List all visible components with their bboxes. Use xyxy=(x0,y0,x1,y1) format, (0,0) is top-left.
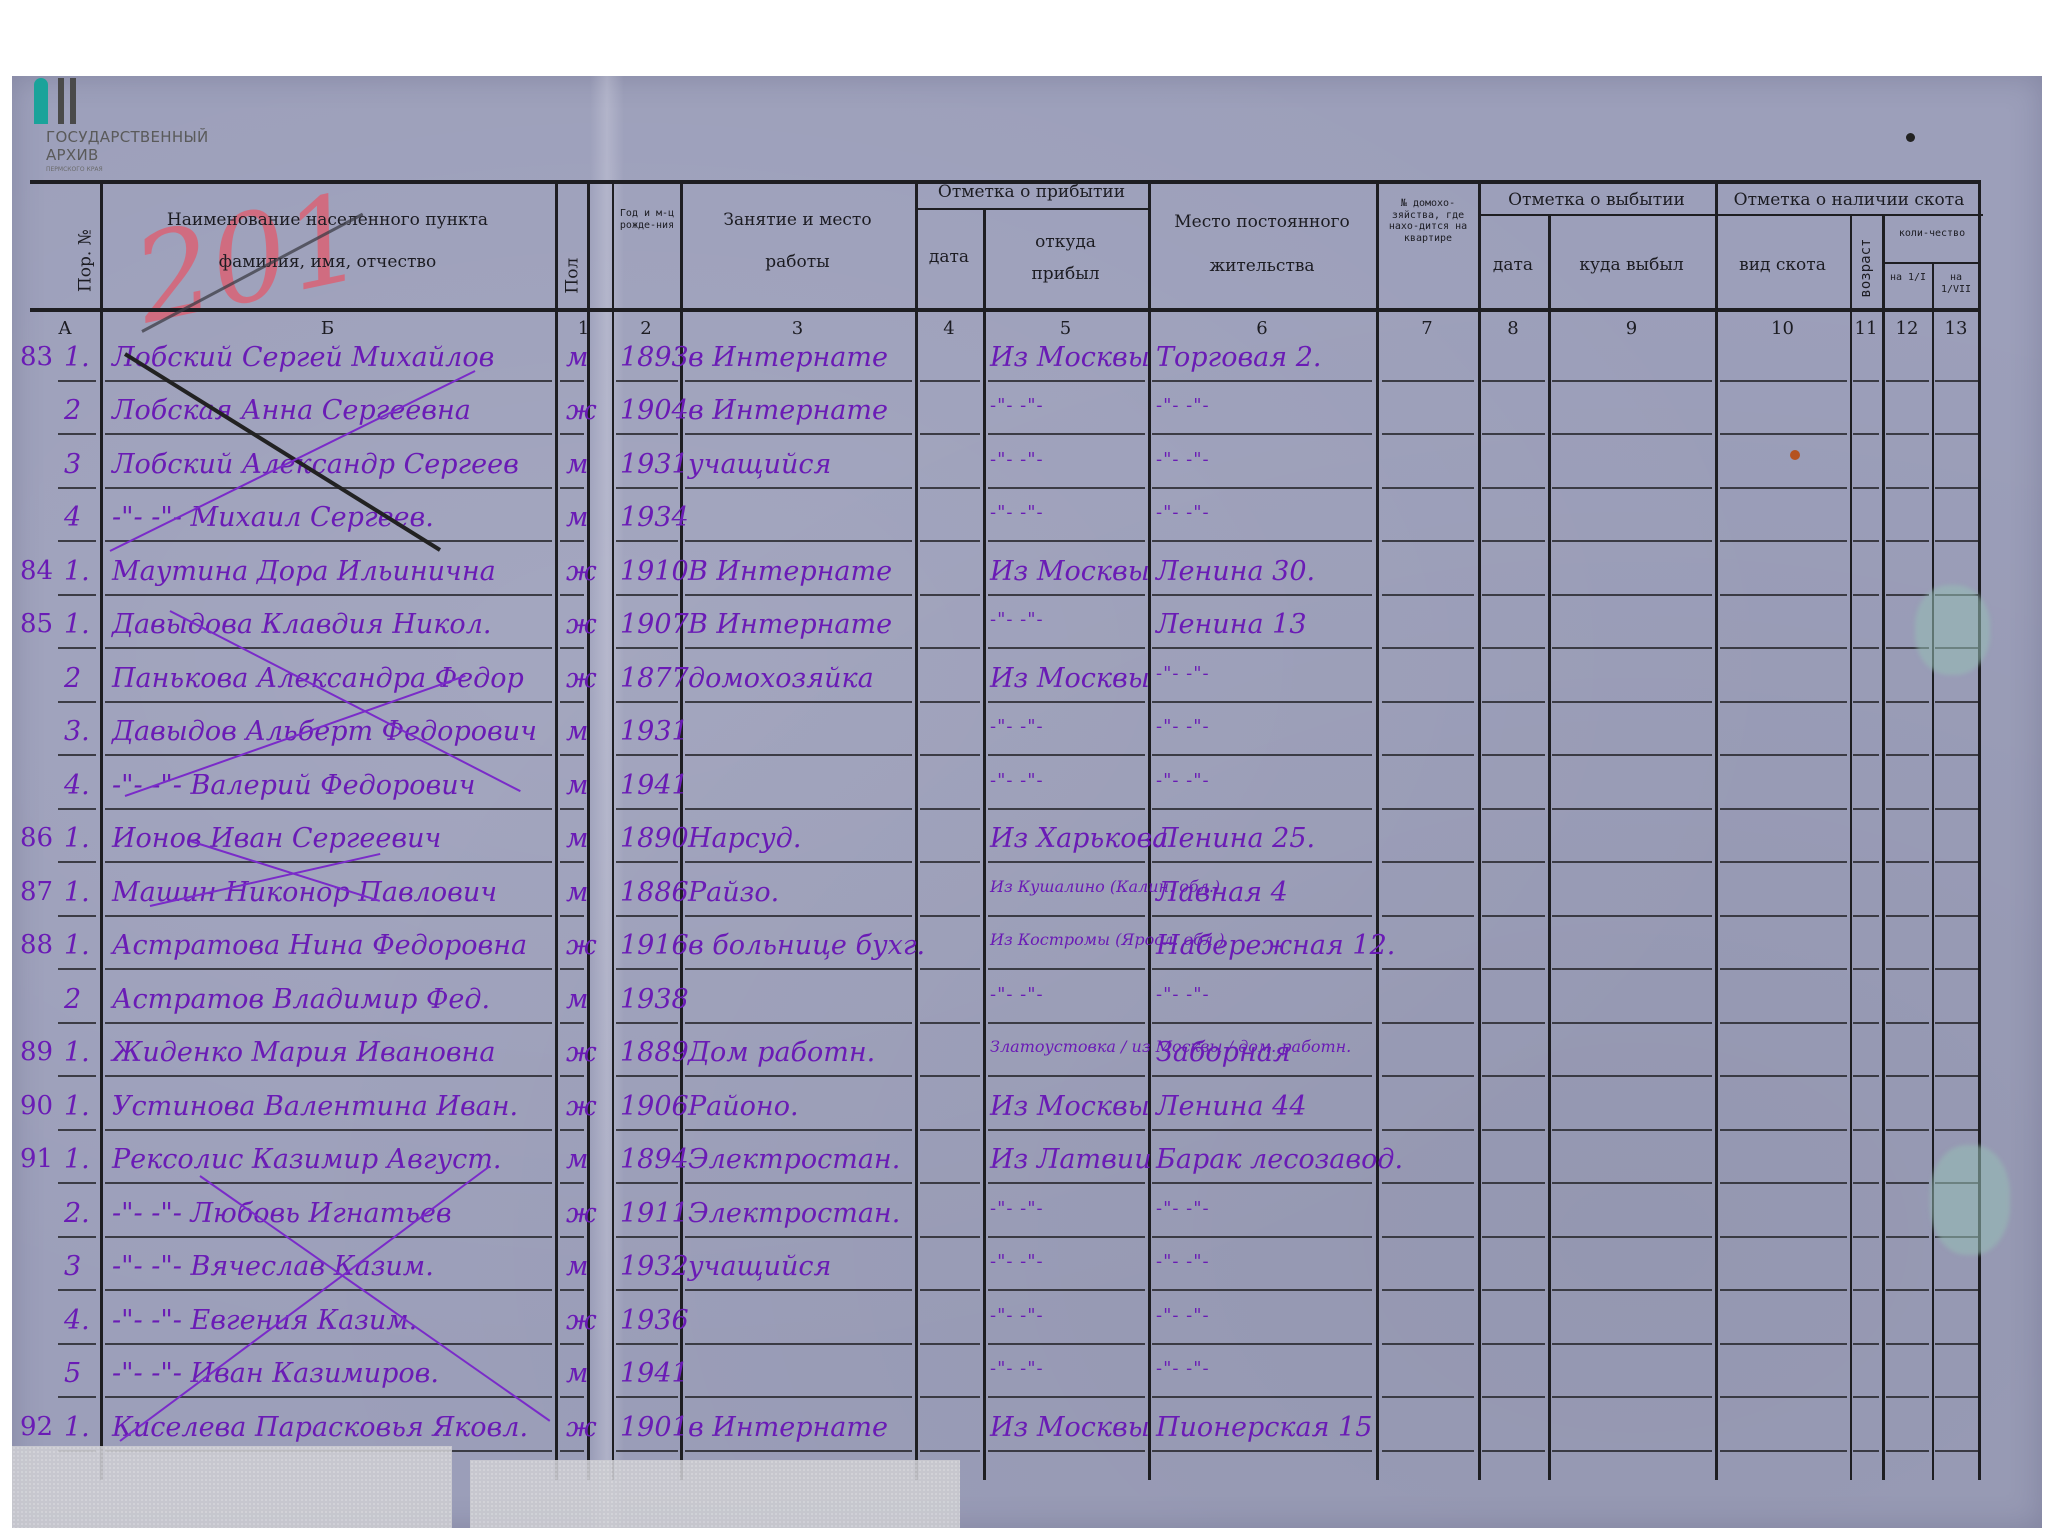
birth-year: 1894 xyxy=(620,1146,689,1173)
row-rule xyxy=(1152,1343,1372,1345)
row-rule xyxy=(1886,701,1929,703)
row-rule xyxy=(1720,808,1847,810)
sex: м xyxy=(566,504,588,531)
row-rule xyxy=(685,1236,912,1238)
row-rule xyxy=(616,1182,678,1184)
row-rule xyxy=(616,1075,678,1077)
row-rule xyxy=(920,1129,980,1131)
row-rule xyxy=(58,701,96,703)
residence: -"- -"- xyxy=(1156,397,1210,415)
row-rule xyxy=(988,701,1145,703)
row-rule xyxy=(1552,1236,1712,1238)
row-rule xyxy=(1152,540,1372,542)
header-col-b-line1: Наименование населенного пункта xyxy=(100,210,555,231)
row-rule xyxy=(1720,1022,1847,1024)
entry-number: 2 xyxy=(64,397,81,424)
row-rule xyxy=(560,487,584,489)
column-divider xyxy=(555,180,558,1480)
row-rule xyxy=(988,1182,1145,1184)
row-rule xyxy=(560,1396,584,1398)
row-rule xyxy=(1720,1450,1847,1452)
row-rule xyxy=(1152,380,1372,382)
row-rule xyxy=(58,1022,96,1024)
row-rule xyxy=(685,487,912,489)
row-rule xyxy=(1382,861,1474,863)
household-number: 86 xyxy=(20,825,53,851)
header-col-4: дата xyxy=(915,247,983,268)
row-rule xyxy=(685,861,912,863)
arrived-from: -"- -"- xyxy=(990,1253,1044,1271)
occupation: Электростан. xyxy=(688,1200,900,1227)
entry-number: 3 xyxy=(64,1253,81,1280)
row-rule xyxy=(1482,701,1545,703)
occupation: Районо. xyxy=(688,1093,799,1120)
row-rule xyxy=(1935,1396,1978,1398)
row-rule xyxy=(1853,1236,1879,1238)
row-rule xyxy=(1720,968,1847,970)
person-name: Давыдова Клавдия Никол. xyxy=(112,611,491,638)
row-rule xyxy=(1552,1075,1712,1077)
row-rule xyxy=(1382,1182,1474,1184)
row-rule xyxy=(560,808,584,810)
row-rule xyxy=(988,594,1145,596)
row-rule xyxy=(1382,1289,1474,1291)
row-rule xyxy=(1482,540,1545,542)
household-number: 84 xyxy=(20,558,53,584)
residence: Пионерская 15 xyxy=(1156,1414,1372,1441)
arrived-from: Из Москвы xyxy=(990,558,1150,585)
row-rule xyxy=(1720,594,1847,596)
row-rule xyxy=(1482,808,1545,810)
row-rule xyxy=(1482,380,1545,382)
row-rule xyxy=(58,754,96,756)
row-rule xyxy=(1552,915,1712,917)
row-rule xyxy=(920,647,980,649)
household-number: 87 xyxy=(20,879,53,905)
row-rule xyxy=(616,487,678,489)
sex: м xyxy=(566,451,588,478)
row-rule xyxy=(105,433,552,435)
row-rule xyxy=(1382,701,1474,703)
header-col-13: на 1/VII xyxy=(1934,272,1978,295)
entry-number: 4. xyxy=(64,772,90,799)
row-rule xyxy=(920,594,980,596)
row-rule xyxy=(1886,1182,1929,1184)
row-rule xyxy=(1552,968,1712,970)
row-rule xyxy=(1935,1075,1978,1077)
household-number: 85 xyxy=(20,611,53,637)
birth-year: 1877 xyxy=(620,665,689,692)
header-count-group: коли-чество xyxy=(1884,228,1980,240)
row-rule xyxy=(105,968,552,970)
row-rule xyxy=(920,968,980,970)
row-rule xyxy=(616,540,678,542)
person-name: Маутина Дора Ильинична xyxy=(112,558,496,585)
row-rule xyxy=(58,1129,96,1131)
row-rule xyxy=(1935,1022,1978,1024)
row-rule xyxy=(1853,594,1879,596)
row-rule xyxy=(1720,647,1847,649)
row-rule xyxy=(1382,1022,1474,1024)
row-rule xyxy=(1853,701,1879,703)
column-number: 12 xyxy=(1882,318,1932,339)
row-rule xyxy=(1552,433,1712,435)
person-name: Рексолис Казимир Август. xyxy=(112,1146,501,1173)
column-divider xyxy=(1978,180,1981,1480)
row-rule xyxy=(58,808,96,810)
row-rule xyxy=(685,1075,912,1077)
person-name: -"- -"- Любовь Игнатьев xyxy=(112,1200,452,1227)
arrived-from: -"- -"- xyxy=(990,986,1044,1004)
row-rule xyxy=(1886,968,1929,970)
row-rule xyxy=(1382,487,1474,489)
row-rule xyxy=(1853,1182,1879,1184)
row-rule xyxy=(1152,808,1372,810)
residence: Ленина 25. xyxy=(1156,825,1315,852)
residence: Ленина 44 xyxy=(1156,1093,1307,1120)
occupation: Нарсуд. xyxy=(688,825,801,852)
livestock-group-rule xyxy=(1715,214,1983,216)
row-rule xyxy=(1152,1450,1372,1452)
row-rule xyxy=(105,1182,552,1184)
row-rule xyxy=(988,1289,1145,1291)
row-rule xyxy=(560,1129,584,1131)
occupation: в Интернате xyxy=(688,397,888,424)
column-divider xyxy=(1850,214,1852,1480)
row-rule xyxy=(988,380,1145,382)
arrived-from: Из Москвы xyxy=(990,1093,1150,1120)
row-rule xyxy=(1152,1022,1372,1024)
occupation: Дом работн. xyxy=(688,1039,875,1066)
row-rule xyxy=(1482,915,1545,917)
row-rule xyxy=(1886,1236,1929,1238)
row-rule xyxy=(1382,594,1474,596)
row-rule xyxy=(1886,487,1929,489)
row-rule xyxy=(920,701,980,703)
residence: -"- -"- xyxy=(1156,718,1210,736)
row-rule xyxy=(1853,1343,1879,1345)
column-divider xyxy=(612,180,614,1480)
column-divider xyxy=(1715,180,1718,1480)
row-rule xyxy=(1382,433,1474,435)
row-rule xyxy=(560,861,584,863)
column-number: 11 xyxy=(1850,318,1882,339)
entry-number: 1. xyxy=(64,558,90,585)
row-rule xyxy=(1853,380,1879,382)
row-rule xyxy=(58,1343,96,1345)
arrived-from: Из Москвы xyxy=(990,665,1150,692)
arrived-from: Из Москвы xyxy=(990,344,1150,371)
row-rule xyxy=(988,1396,1145,1398)
residence: -"- -"- xyxy=(1156,1360,1210,1378)
row-rule xyxy=(920,1343,980,1345)
row-rule xyxy=(1152,1129,1372,1131)
row-rule xyxy=(988,647,1145,649)
entry-number: 1. xyxy=(64,825,90,852)
row-rule xyxy=(616,1289,678,1291)
row-rule xyxy=(1853,754,1879,756)
row-rule xyxy=(560,1022,584,1024)
sex: м xyxy=(566,1360,588,1387)
birth-year: 1904 xyxy=(620,397,689,424)
header-col-5-line1: откуда xyxy=(983,232,1148,253)
row-rule xyxy=(1482,1022,1545,1024)
row-rule xyxy=(920,487,980,489)
row-rule xyxy=(988,540,1145,542)
sex: м xyxy=(566,344,588,371)
row-rule xyxy=(616,1022,678,1024)
row-rule xyxy=(685,915,912,917)
row-rule xyxy=(1720,915,1847,917)
header-col-3-line2: работы xyxy=(680,252,915,273)
birth-year: 1941 xyxy=(620,1360,689,1387)
row-rule xyxy=(105,647,552,649)
row-rule xyxy=(1382,1129,1474,1131)
row-rule xyxy=(105,594,552,596)
column-number: 6 xyxy=(1148,318,1376,339)
row-rule xyxy=(1720,1343,1847,1345)
row-rule xyxy=(988,433,1145,435)
row-rule xyxy=(1152,968,1372,970)
sex: ж xyxy=(566,558,597,585)
entry-number: 3 xyxy=(64,451,81,478)
birth-year: 1941 xyxy=(620,772,689,799)
row-rule xyxy=(1935,968,1978,970)
row-rule xyxy=(1720,540,1847,542)
row-rule xyxy=(1382,1396,1474,1398)
stain-mark xyxy=(1915,585,1990,675)
row-rule xyxy=(1382,647,1474,649)
entry-number: 2. xyxy=(64,1200,90,1227)
birth-year: 1932 xyxy=(620,1253,689,1280)
row-rule xyxy=(105,701,552,703)
entry-number: 1. xyxy=(64,1146,90,1173)
row-rule xyxy=(58,1182,96,1184)
row-rule xyxy=(560,701,584,703)
row-rule xyxy=(1382,1343,1474,1345)
row-rule xyxy=(560,1182,584,1184)
row-rule xyxy=(988,1450,1145,1452)
row-rule xyxy=(1886,861,1929,863)
row-rule xyxy=(105,1022,552,1024)
row-rule xyxy=(1935,1129,1978,1131)
departure-group-rule xyxy=(1478,214,1715,216)
sex: ж xyxy=(566,1200,597,1227)
arrived-from: -"- -"- xyxy=(990,451,1044,469)
row-rule xyxy=(988,754,1145,756)
residence: Набережная 12. xyxy=(1156,932,1395,959)
column-divider xyxy=(915,180,918,1480)
row-rule xyxy=(1382,808,1474,810)
occupation: В Интернате xyxy=(688,611,892,638)
birth-year: 1886 xyxy=(620,879,689,906)
occupation: Электростан. xyxy=(688,1146,900,1173)
row-rule xyxy=(58,594,96,596)
row-rule xyxy=(1853,647,1879,649)
row-rule xyxy=(988,1022,1145,1024)
entry-number: 4 xyxy=(64,504,81,531)
row-rule xyxy=(1886,433,1929,435)
row-rule xyxy=(1935,380,1978,382)
row-rule xyxy=(1482,487,1545,489)
arrived-from: -"- -"- xyxy=(990,611,1044,629)
sex: ж xyxy=(566,1307,597,1334)
sex: ж xyxy=(566,1414,597,1441)
birth-year: 1938 xyxy=(620,986,689,1013)
row-rule xyxy=(1552,1022,1712,1024)
row-rule xyxy=(920,1236,980,1238)
row-rule xyxy=(1720,754,1847,756)
person-name: Астратова Нина Федоровна xyxy=(112,932,527,959)
row-rule xyxy=(685,1343,912,1345)
person-name: Астратов Владимир Фед. xyxy=(112,986,490,1013)
row-rule xyxy=(685,1450,912,1452)
person-name: Жиденко Мария Ивановна xyxy=(112,1039,495,1066)
row-rule xyxy=(920,808,980,810)
row-rule xyxy=(1552,1396,1712,1398)
row-rule xyxy=(1935,433,1978,435)
logo-line-2: АРХИВ xyxy=(46,146,99,164)
header-col-6-line2: жительства xyxy=(1148,256,1376,277)
arrived-from: Из Латвии xyxy=(990,1146,1152,1173)
row-rule xyxy=(105,754,552,756)
row-rule xyxy=(105,1129,552,1131)
row-rule xyxy=(616,915,678,917)
row-rule xyxy=(616,433,678,435)
person-name: Ионов Иван Сергеевич xyxy=(112,825,441,852)
row-rule xyxy=(685,647,912,649)
arrived-from: -"- -"- xyxy=(990,772,1044,790)
row-rule xyxy=(1720,1396,1847,1398)
row-rule xyxy=(920,1450,980,1452)
arrived-from: Из Москвы xyxy=(990,1414,1150,1441)
header-col-1: Пол xyxy=(562,251,583,301)
entry-number: 5 xyxy=(64,1360,81,1387)
person-name: Лобская Анна Сергеевна xyxy=(112,397,471,424)
row-rule xyxy=(560,1450,584,1452)
row-rule xyxy=(1853,1129,1879,1131)
row-rule xyxy=(1935,915,1978,917)
residence: -"- -"- xyxy=(1156,665,1210,683)
header-col-11: возраст xyxy=(1858,232,1874,304)
row-rule xyxy=(1152,1396,1372,1398)
birth-year: 1901 xyxy=(620,1414,689,1441)
row-rule xyxy=(1720,487,1847,489)
row-rule xyxy=(560,1343,584,1345)
sex: ж xyxy=(566,1039,597,1066)
row-rule xyxy=(1482,861,1545,863)
row-rule xyxy=(1886,540,1929,542)
row-rule xyxy=(1935,861,1978,863)
row-rule xyxy=(1720,433,1847,435)
row-rule xyxy=(920,915,980,917)
row-rule xyxy=(1886,754,1929,756)
entry-number: 1. xyxy=(64,1039,90,1066)
arrival-group-rule xyxy=(915,208,1148,210)
person-name: -"- -"- Вячеслав Казим. xyxy=(112,1253,434,1280)
row-rule xyxy=(105,1075,552,1077)
row-rule xyxy=(1482,1236,1545,1238)
occupation: в Интернате xyxy=(688,1414,888,1441)
person-name: Устинова Валентина Иван. xyxy=(112,1093,518,1120)
header-col-5-line2: прибыл xyxy=(983,264,1148,285)
row-rule xyxy=(1552,647,1712,649)
row-rule xyxy=(1552,487,1712,489)
sex: м xyxy=(566,879,588,906)
row-rule xyxy=(988,808,1145,810)
row-rule xyxy=(560,915,584,917)
row-rule xyxy=(616,1396,678,1398)
row-rule xyxy=(1152,701,1372,703)
row-rule xyxy=(1552,1129,1712,1131)
row-rule xyxy=(685,1182,912,1184)
sex: м xyxy=(566,986,588,1013)
row-rule xyxy=(1886,1129,1929,1131)
arrived-from: -"- -"- xyxy=(990,718,1044,736)
row-rule xyxy=(988,487,1145,489)
column-number: 5 xyxy=(983,318,1148,339)
birth-year: 1911 xyxy=(620,1200,689,1227)
column-number: А xyxy=(30,318,100,339)
row-rule xyxy=(560,594,584,596)
row-rule xyxy=(105,1343,552,1345)
row-rule xyxy=(685,701,912,703)
household-number: 91 xyxy=(20,1146,53,1172)
occupation: в больнице бухг. xyxy=(688,932,925,959)
row-rule xyxy=(1552,1343,1712,1345)
column-number: 3 xyxy=(680,318,915,339)
person-name: -"- -"- Валерий Федорович xyxy=(112,772,475,799)
sex: м xyxy=(566,1146,588,1173)
row-rule xyxy=(1552,701,1712,703)
row-rule xyxy=(58,540,96,542)
column-divider xyxy=(983,208,986,1480)
arrived-from: Из Харькова xyxy=(990,825,1168,852)
row-rule xyxy=(560,1236,584,1238)
row-rule xyxy=(685,433,912,435)
arrived-from: -"- -"- xyxy=(990,504,1044,522)
row-rule xyxy=(1482,1289,1545,1291)
row-rule xyxy=(1552,380,1712,382)
birth-year: 1907 xyxy=(620,611,689,638)
row-rule xyxy=(1886,1450,1929,1452)
ink-dot xyxy=(1906,133,1915,142)
header-departure-group: Отметка о выбытии xyxy=(1478,190,1715,211)
row-rule xyxy=(58,915,96,917)
residence: -"- -"- xyxy=(1156,1200,1210,1218)
row-rule xyxy=(1720,1289,1847,1291)
row-rule xyxy=(1152,487,1372,489)
row-rule xyxy=(1886,808,1929,810)
header-col-3-line1: Занятие и место xyxy=(680,210,915,231)
household-number: 88 xyxy=(20,932,53,958)
birth-year: 1936 xyxy=(620,1307,689,1334)
row-rule xyxy=(988,861,1145,863)
arrived-from: -"- -"- xyxy=(990,1360,1044,1378)
row-rule xyxy=(1482,594,1545,596)
row-rule xyxy=(920,433,980,435)
residence: Лавная 4 xyxy=(1156,879,1288,906)
row-rule xyxy=(58,380,96,382)
row-rule xyxy=(1552,1450,1712,1452)
row-rule xyxy=(1552,1289,1712,1291)
column-divider xyxy=(1932,262,1934,1480)
residence: Торговая 2. xyxy=(1156,344,1321,371)
archival-tape xyxy=(12,1446,452,1528)
row-rule xyxy=(58,968,96,970)
residence: Ленина 13 xyxy=(1156,611,1307,638)
row-rule xyxy=(616,1343,678,1345)
